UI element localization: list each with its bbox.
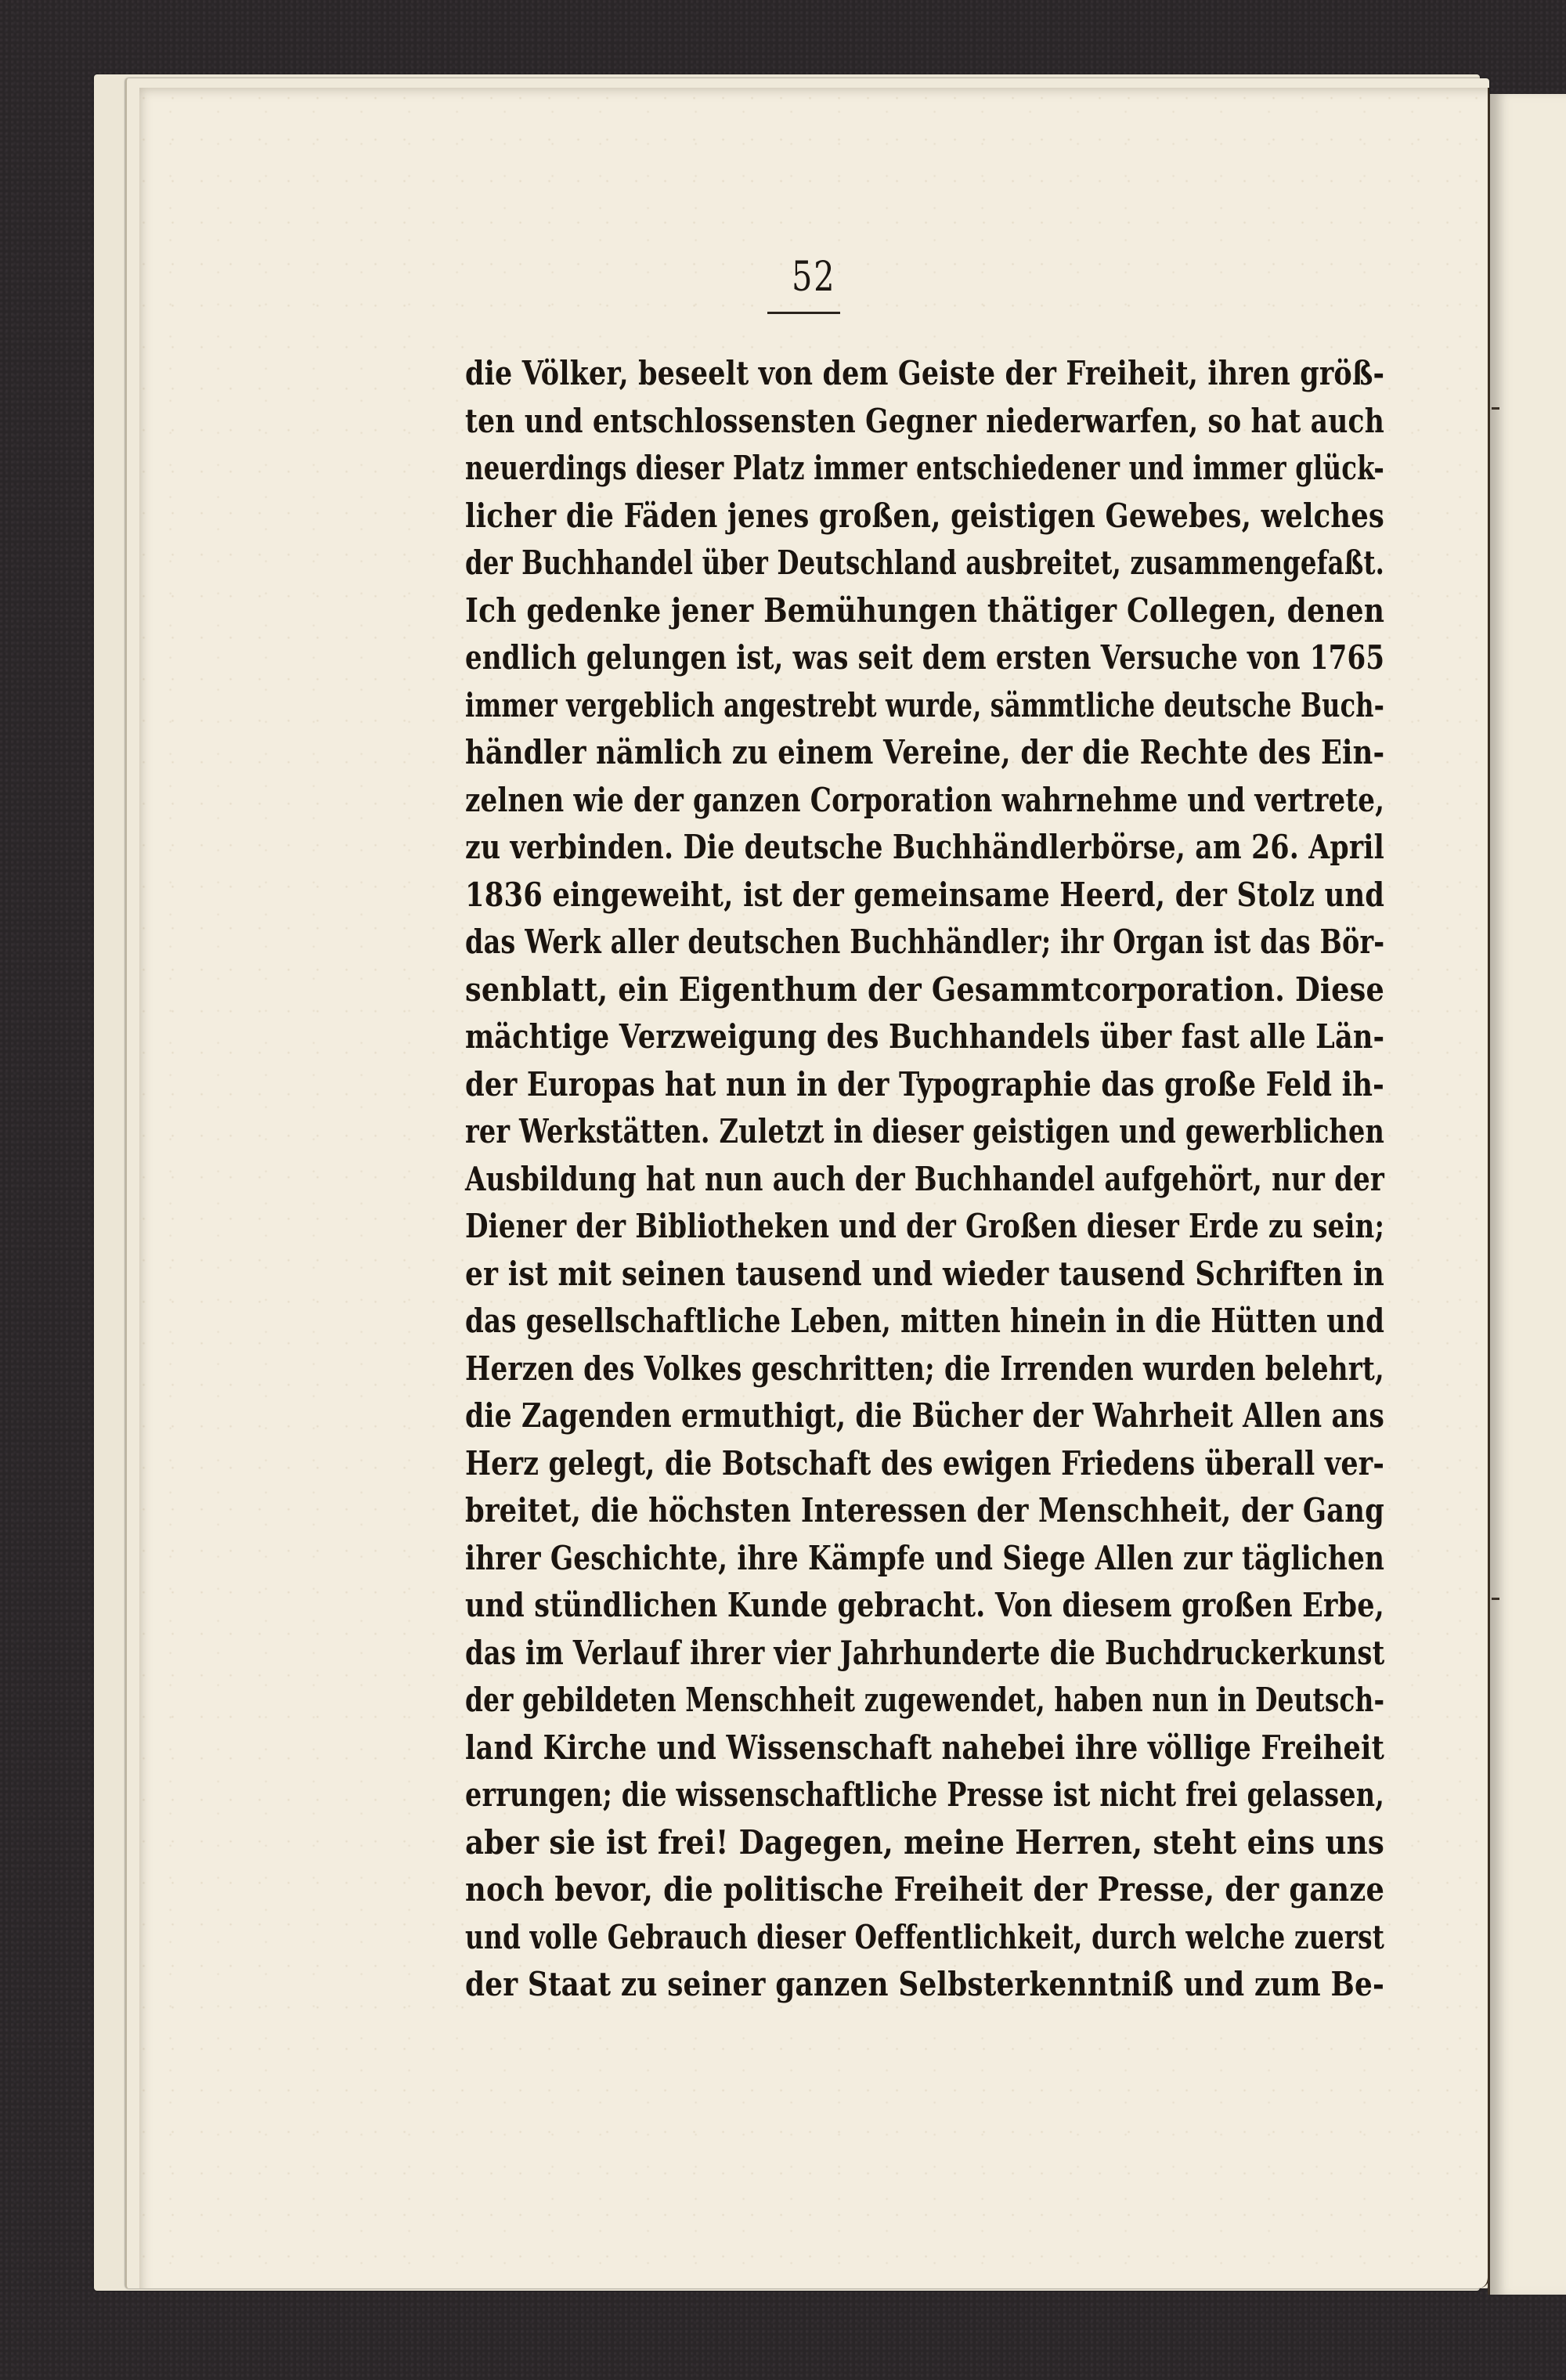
text-line: breitet, die höchsten Interessen der Men…	[465, 1487, 1384, 1535]
text-line: Ausbildung hat nun auch der Buchhandel a…	[465, 1156, 1384, 1204]
text-line: zelnen wie der ganzen Corporation wahrne…	[465, 777, 1384, 825]
text-line: mächtige Verzweigung des Buchhandels übe…	[465, 1013, 1384, 1061]
text-line: das Werk aller deutschen Buchhändler; ih…	[465, 919, 1384, 966]
text-line: der gebildeten Menschheit zugewendet, ha…	[465, 1677, 1384, 1725]
text-line: Ich gedenke jener Bemühungen thätiger Co…	[465, 587, 1384, 635]
book-page: 52 die Völker, beseelt von dem Geiste de…	[139, 88, 1489, 2288]
text-line: der Europas hat nun in der Typographie d…	[465, 1061, 1384, 1109]
text-line: errungen; die wissenschaftliche Presse i…	[465, 1771, 1384, 1819]
text-line: ihrer Geschichte, ihre Kämpfe und Siege …	[465, 1535, 1384, 1583]
text-line: Herz gelegt, die Botschaft des ewigen Fr…	[465, 1440, 1384, 1488]
adjacent-page-mark	[1492, 1598, 1499, 1600]
text-line: endlich gelungen ist, was seit dem erste…	[465, 634, 1384, 682]
text-line: und stündlichen Kunde gebracht. Von dies…	[465, 1582, 1384, 1630]
text-line: aber sie ist frei! Dagegen, meine Herren…	[465, 1819, 1384, 1867]
text-line: das im Verlauf ihrer vier Jahrhunderte d…	[465, 1630, 1384, 1678]
text-line: zu verbinden. Die deutsche Buchhändlerbö…	[465, 824, 1384, 872]
text-line: die Zagenden ermuthigt, die Bücher der W…	[465, 1392, 1384, 1440]
text-line: Herzen des Volkes geschritten; die Irren…	[465, 1345, 1384, 1393]
adjacent-page-edge	[1488, 94, 1566, 2295]
text-line: händler nämlich zu einem Vereine, der di…	[465, 729, 1384, 777]
text-line: das gesellschaftliche Leben, mitten hine…	[465, 1298, 1384, 1345]
text-line: 1836 eingeweiht, ist der gemeinsame Heer…	[465, 872, 1384, 919]
text-line: licher die Fäden jenes großen, geistigen…	[465, 493, 1384, 540]
text-line: ten und entschlossensten Gegner niederwa…	[465, 398, 1384, 446]
text-line: noch bevor, die politische Freiheit der …	[465, 1866, 1384, 1914]
body-text: die Völker, beseelt von dem Geiste der F…	[465, 350, 1384, 2009]
header-rule-divider	[767, 312, 840, 314]
text-line: der Staat zu seiner ganzen Selbsterkennt…	[465, 1961, 1384, 2009]
text-line: Diener der Bibliotheken und der Großen d…	[465, 1203, 1384, 1251]
text-line: die Völker, beseelt von dem Geiste der F…	[465, 350, 1384, 398]
text-line: immer vergeblich angestrebt wurde, sämmt…	[465, 682, 1384, 730]
text-line: rer Werkstätten. Zuletzt in dieser geist…	[465, 1108, 1384, 1156]
text-line: land Kirche und Wissenschaft nahebei ihr…	[465, 1725, 1384, 1772]
text-line: senblatt, ein Eigenthum der Gesammtcorpo…	[465, 966, 1384, 1014]
page-number: 52	[792, 254, 835, 301]
adjacent-page-mark	[1492, 407, 1499, 410]
page-header: 52	[139, 254, 1488, 301]
text-line: und volle Gebrauch dieser Oeffentlichkei…	[465, 1914, 1384, 1962]
text-line: neuerdings dieser Platz immer entschiede…	[465, 445, 1384, 493]
text-line: der Buchhandel über Deutschland ausbreit…	[465, 540, 1384, 587]
text-line: er ist mit seinen tausend und wieder tau…	[465, 1251, 1384, 1298]
